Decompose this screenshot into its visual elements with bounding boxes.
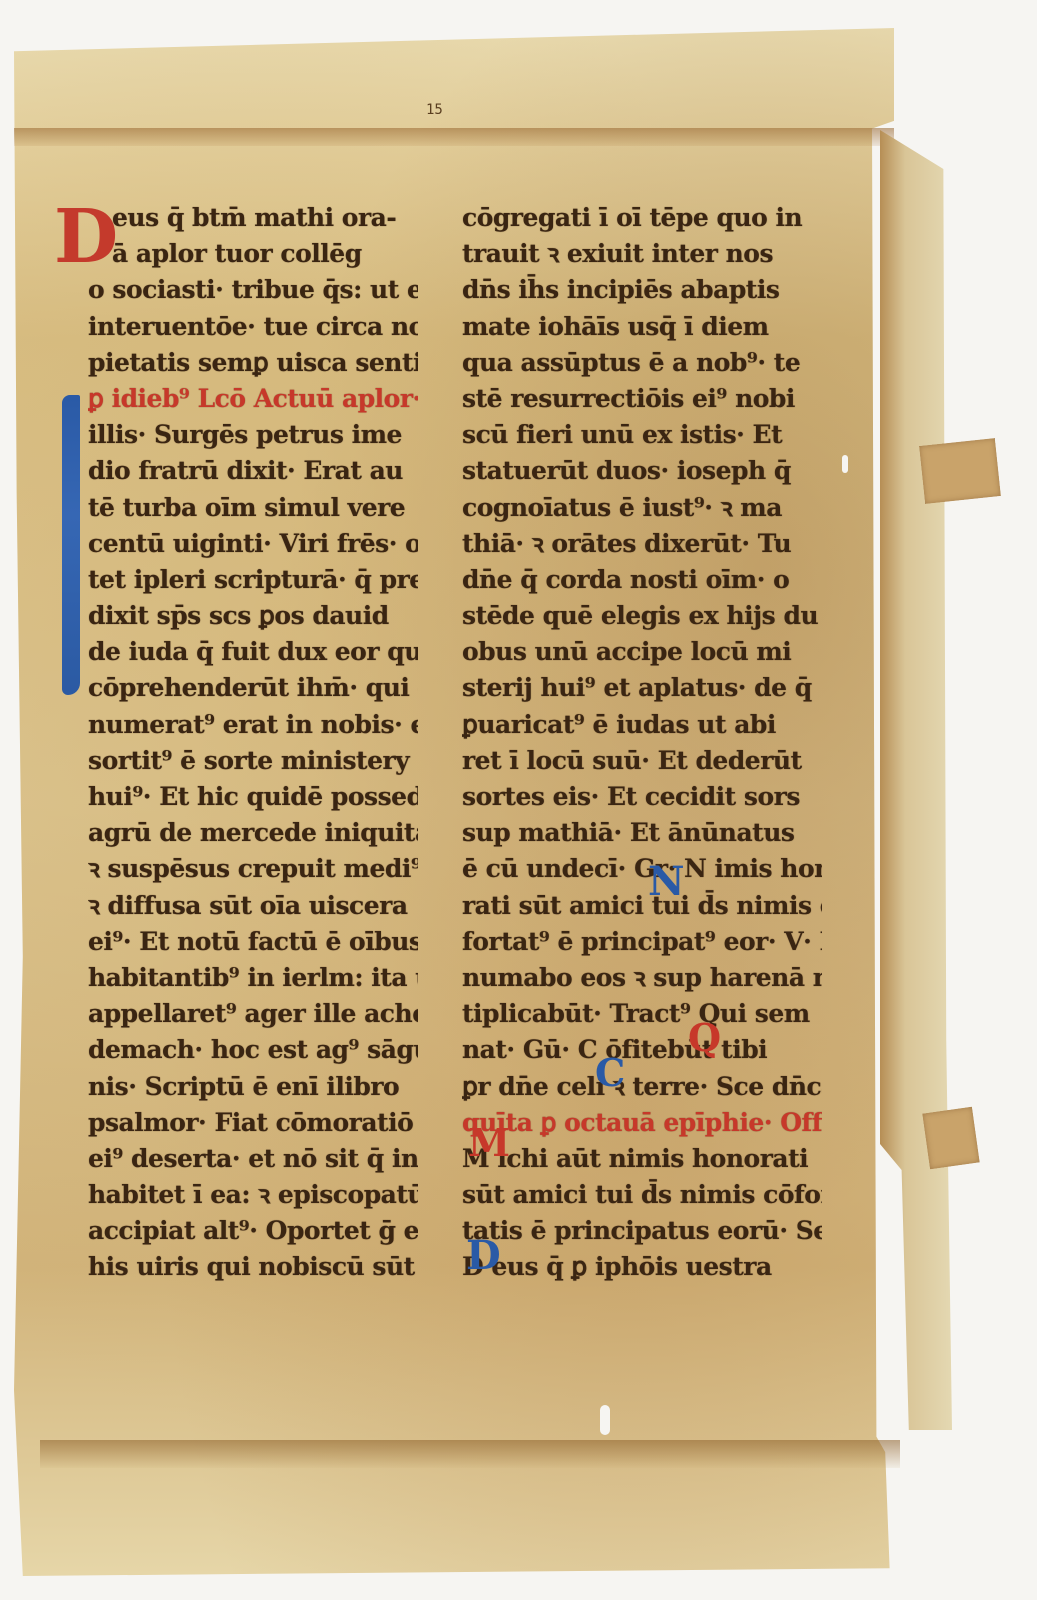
left-text-column: eus q̄ btm̄ mathi ora- ā aplor tuor coll… xyxy=(88,200,418,1286)
text-line: sterij hui⁹ et aplatus· de q̄ xyxy=(462,670,822,706)
folio-number: 15 xyxy=(426,102,443,118)
text-line: nis· Scriptū ē enī ilibro xyxy=(88,1069,418,1105)
initial-blue-N: N xyxy=(648,858,685,905)
text-line: ei⁹· Et notū factū ē oībus xyxy=(88,924,418,960)
text-line: D eus q̄ ꝑ iphōis uestra xyxy=(462,1249,822,1285)
text-line: tē turba oīm simul vere xyxy=(88,490,418,526)
text-line: statuerūt duos· ioseph q̄ xyxy=(462,453,822,489)
text-line: ret ī locū suū· Et dederūt xyxy=(462,743,822,779)
text-line: interuentōe· tue circa nos xyxy=(88,309,418,345)
text-line: eus q̄ btm̄ mathi ora- xyxy=(88,200,418,236)
text-line: habitet ī ea: ꝛ episcopatū ei⁹ xyxy=(88,1177,418,1213)
tear-hole xyxy=(842,455,848,473)
initial-blue-C: C xyxy=(595,1050,625,1095)
text-line: tatis ē principatus eorū· Secr· xyxy=(462,1213,822,1249)
text-line: tiplicabūt· Tract⁹ Qui sem xyxy=(462,996,822,1032)
text-line: numabo eos ꝛ sup harenā mul xyxy=(462,960,822,996)
text-line: cōgregati ī oī tēpe quo in xyxy=(462,200,822,236)
tear-hole xyxy=(600,1405,610,1435)
text-line: M ichi aūt nimis honorati xyxy=(462,1141,822,1177)
text-line: agrū de mercede iniquitatis· xyxy=(88,815,418,851)
text-line: dn̄e q̄ corda nosti oīm· o xyxy=(462,562,822,598)
bottom-fold-crease xyxy=(40,1440,900,1468)
text-line: stē resurrectiōis ei⁹ nobi xyxy=(462,381,822,417)
text-line: mate iohāīs usq̄ ī diem xyxy=(462,309,822,345)
parchment-repair-patch-lower xyxy=(922,1107,979,1169)
text-line: obus unū accipe locū mi xyxy=(462,634,822,670)
text-line: sortit⁹ ē sorte ministery xyxy=(88,743,418,779)
text-line: scū fieri unū ex istis· Et xyxy=(462,417,822,453)
text-line: ꝛ suspēsus crepuit medi⁹· xyxy=(88,851,418,887)
text-line: trauit ꝛ exiuit inter nos xyxy=(462,236,822,272)
text-line: ꝑuaricat⁹ ē iudas ut abi xyxy=(462,707,822,743)
text-line: accipiat alt⁹· Oportet ḡ ex xyxy=(88,1213,418,1249)
text-line: appellaret⁹ ager ille achel xyxy=(88,996,418,1032)
text-line: cōprehenderūt ihm̄· qui cō xyxy=(88,670,418,706)
text-line: sūt amici tui d̄s nimis cōfor xyxy=(462,1177,822,1213)
text-line: hui⁹· Et hic quidē possedit xyxy=(88,779,418,815)
text-line: pietatis semꝑ uisca sentiam̄· xyxy=(88,345,418,381)
text-line: ꝑr dn̄e celi ꝛ terre· Sce dn̄ca xyxy=(462,1069,822,1105)
text-line: centū uiginti· Viri frēs· op xyxy=(88,526,418,562)
text-line: fortat⁹ ē principat⁹ eor· V· Di xyxy=(462,924,822,960)
text-line: cognoīatus ē iust⁹· ꝛ ma xyxy=(462,490,822,526)
text-line: sortes eis· Et cecidit sors xyxy=(462,779,822,815)
text-line: illis· Surgēs petrus ime xyxy=(88,417,418,453)
right-text-column: cōgregati ī oī tēpe quo in trauit ꝛ exiu… xyxy=(462,200,822,1286)
text-line-rubric: quīta ꝑ octauā epīphie· Offr· xyxy=(462,1105,822,1141)
initial-red-Q: Q xyxy=(688,1015,721,1060)
parchment-repair-patch-upper xyxy=(919,438,1001,504)
initial-red-M: M xyxy=(468,1120,510,1165)
text-line: ei⁹ deserta· et nō sit q̄ in xyxy=(88,1141,418,1177)
text-line: ā aplor tuor collēg xyxy=(88,236,418,272)
text-line: qua assūptus ē a nob⁹· te xyxy=(462,345,822,381)
text-line: ē cū undecī· Gr· N imis hono xyxy=(462,851,822,887)
text-line: sup mathiā· Et ānūnatus xyxy=(462,815,822,851)
text-line: dixit sp̄s scs ꝑos dauid xyxy=(88,598,418,634)
text-line: his uiris qui nobiscū sūt xyxy=(88,1249,418,1285)
text-line: rati sūt amici tui d̄s nimis cō xyxy=(462,888,822,924)
right-margin-strip xyxy=(880,130,952,1430)
text-line: dio fratrū dixit· Erat au xyxy=(88,453,418,489)
text-line: psalmor· Fiat cōmoratiō xyxy=(88,1105,418,1141)
initial-blue-D: D xyxy=(466,1232,501,1279)
text-line: nat· Gū· C ōfitebūt tibi xyxy=(462,1032,822,1068)
text-line: tet ipleri scripturā· q̄ pre xyxy=(88,562,418,598)
text-line-rubric: ꝑ idieb⁹ Lcō Actuū aplor· P· xyxy=(88,381,418,417)
text-line: ꝛ diffusa sūt oīa uiscera xyxy=(88,888,418,924)
top-fold-crease xyxy=(14,128,894,146)
text-line: o sociasti· tribue q̄s: ut ei⁹ xyxy=(88,272,418,308)
text-line: stēde quē elegis ex hijs du xyxy=(462,598,822,634)
text-line: demach· hoc est ag⁹ sāgui xyxy=(88,1032,418,1068)
text-line: habitantib⁹ in ierlm: ita ut xyxy=(88,960,418,996)
text-line: dn̄s ih̄s incipiēs abaptis xyxy=(462,272,822,308)
text-line: thiā· ꝛ orātes dixerūt· Tu xyxy=(462,526,822,562)
text-line: de iuda q̄ fuit dux eor qui xyxy=(88,634,418,670)
text-line: numerat⁹ erat in nobis· et xyxy=(88,707,418,743)
initial-blue-I xyxy=(62,395,80,695)
